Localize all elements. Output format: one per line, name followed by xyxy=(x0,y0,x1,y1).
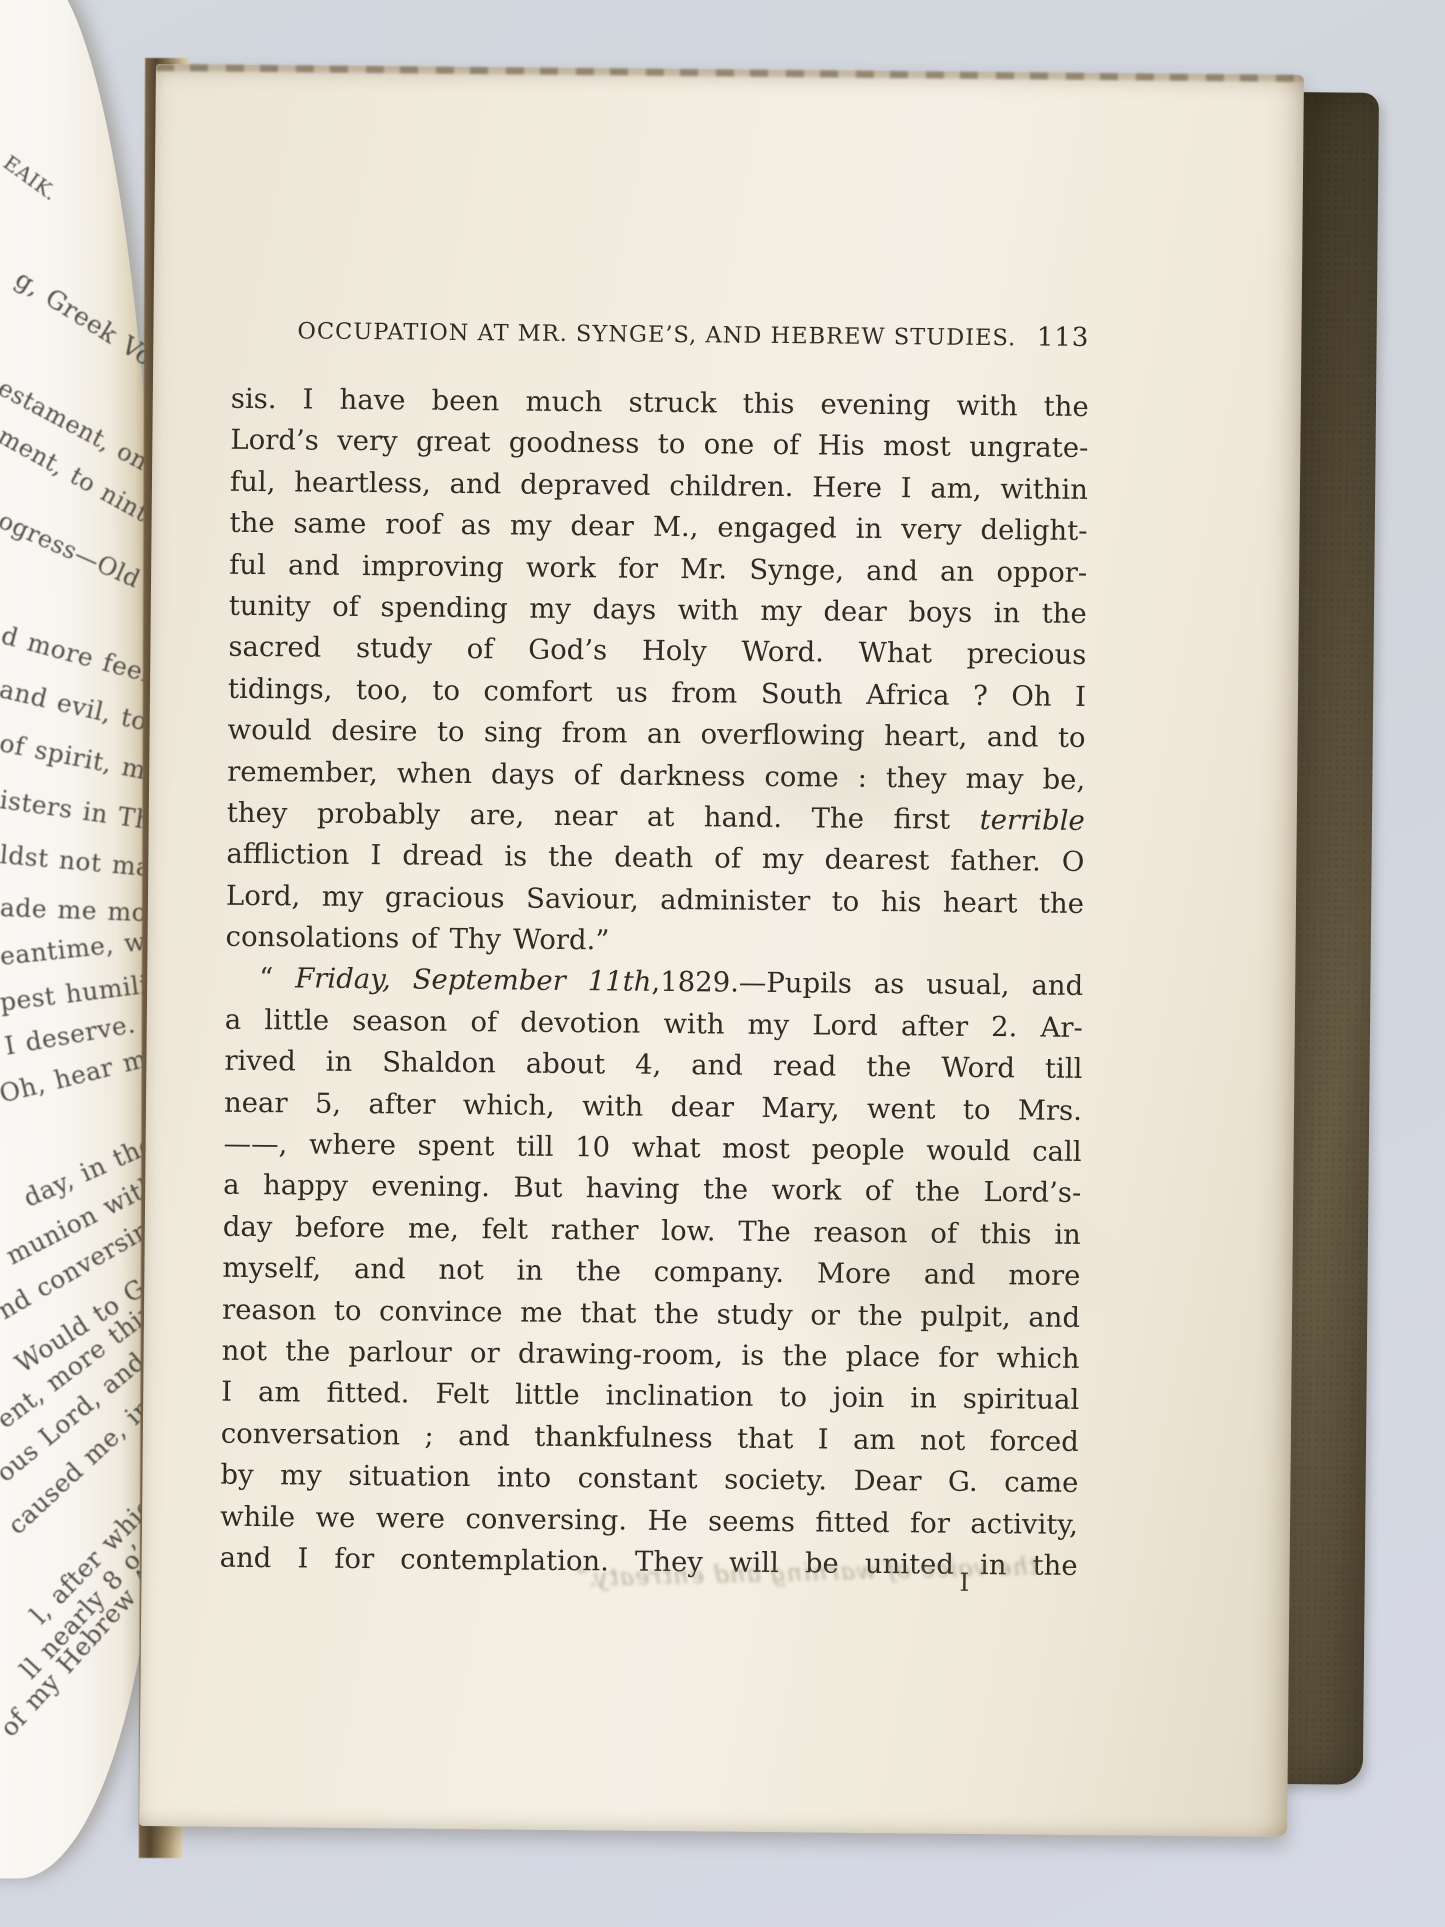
running-title: OCCUPATION AT MR. SYNGE’S, AND HEBREW ST… xyxy=(297,318,1016,351)
page-number: 113 xyxy=(1037,322,1090,353)
body-text: sis. I have been much struck this evenin… xyxy=(219,379,1088,1588)
page-text-block: OCCUPATION AT MR. SYNGE’S, AND HEBREW ST… xyxy=(219,315,1089,1588)
deckle-edge xyxy=(156,64,1304,82)
photo-scene: EAIK.g, Greek Vo-estament, on toment, to… xyxy=(0,0,1445,1927)
right-page: OCCUPATION AT MR. SYNGE’S, AND HEBREW ST… xyxy=(139,64,1304,1837)
signature-mark: I xyxy=(959,1568,969,1597)
running-header: OCCUPATION AT MR. SYNGE’S, AND HEBREW ST… xyxy=(231,315,1089,353)
